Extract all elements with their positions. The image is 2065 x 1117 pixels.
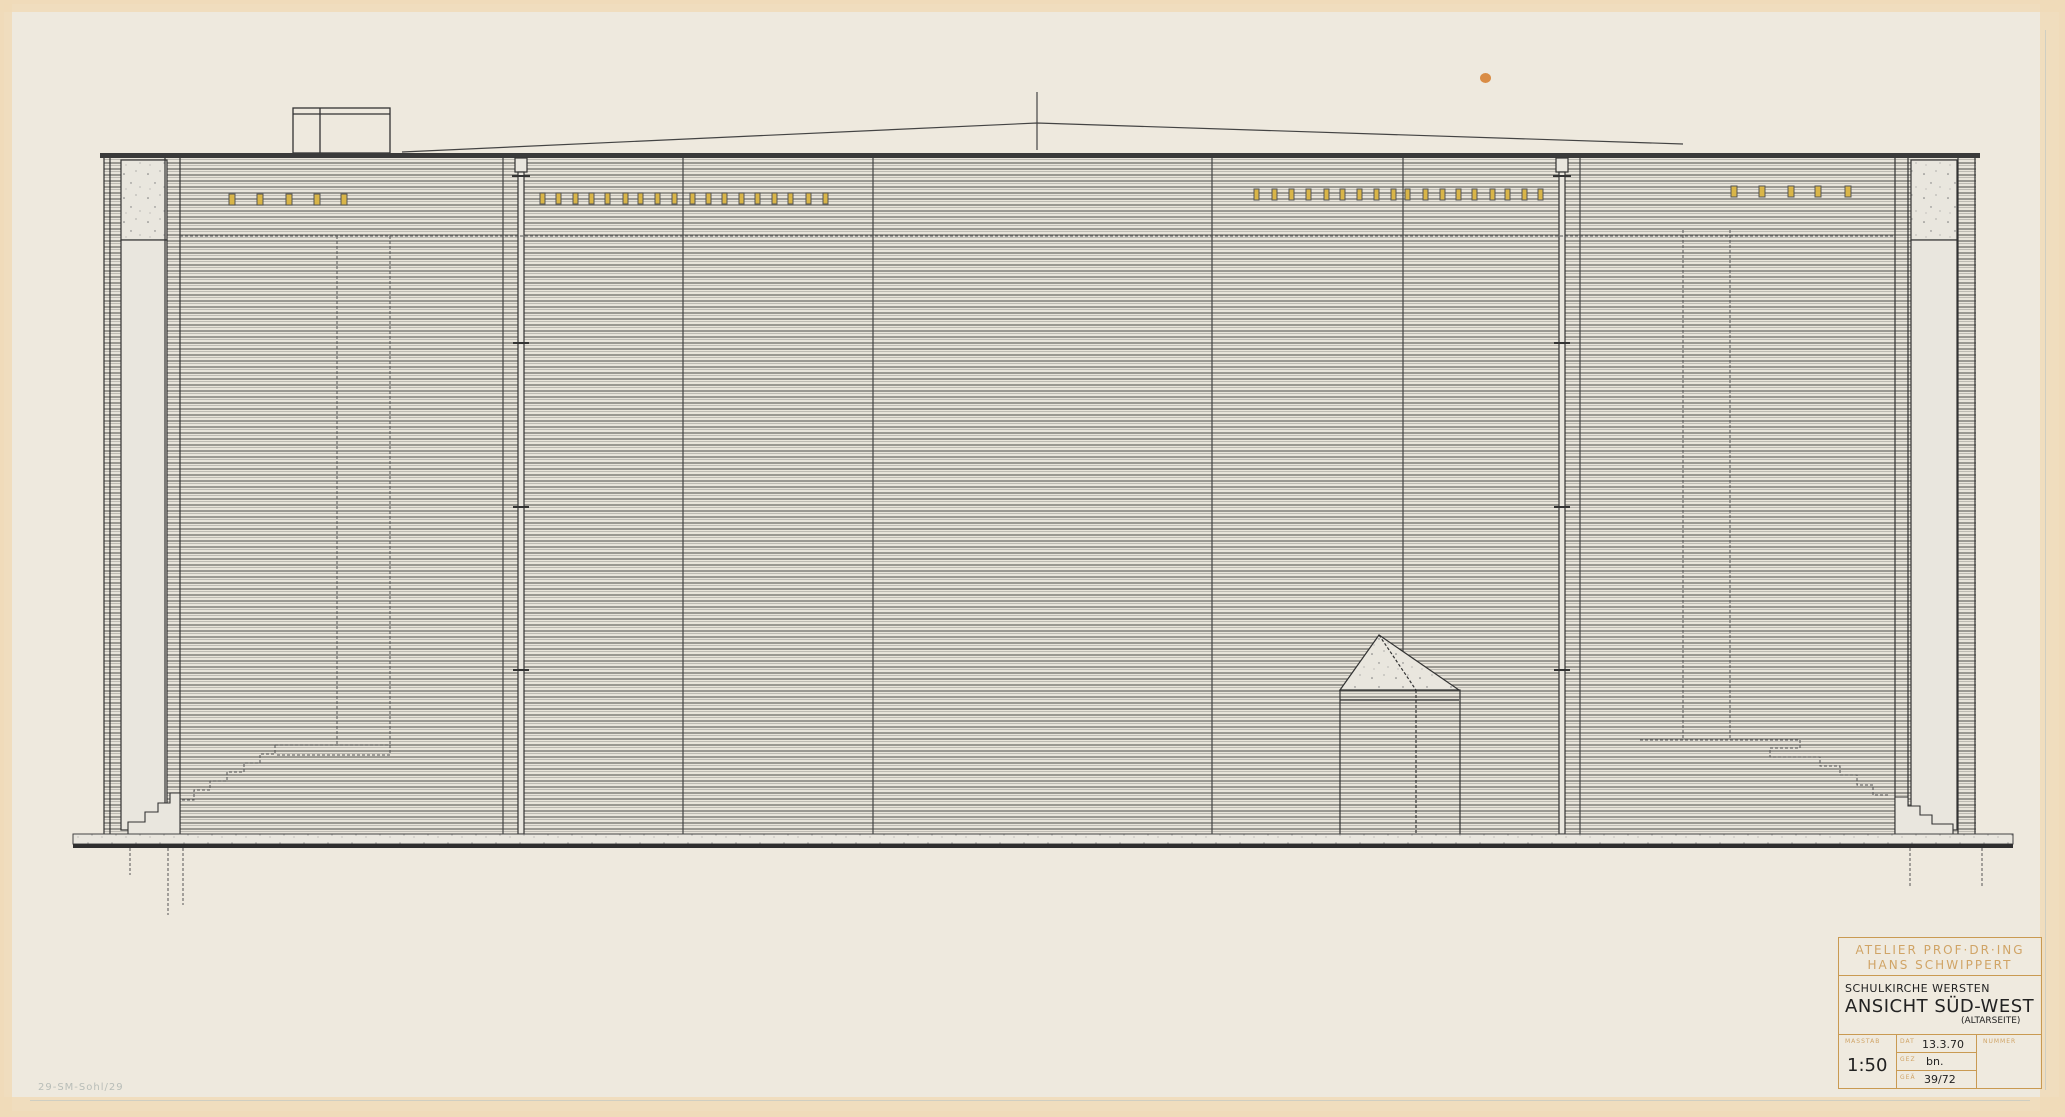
number-cell: NUMMER: [1977, 1035, 2041, 1089]
plinth: [73, 834, 2013, 844]
drawn-label: GEZ: [1900, 1056, 1916, 1063]
atelier-stamp: ATELIER PROF·DR·ING HANS SCHWIPPERT: [1839, 938, 2041, 976]
sheet-label: GEÄ: [1900, 1074, 1916, 1081]
meta-cell: DAT 13.3.70 GEZ bn. GEÄ 39/72: [1896, 1035, 1977, 1089]
view-title: ANSICHT SÜD-WEST: [1845, 996, 2034, 1017]
scale-cell: MASSTAB 1:50: [1839, 1035, 1897, 1089]
archive-mark: 29-SM-Sohl/29: [38, 1082, 124, 1093]
title-block: ATELIER PROF·DR·ING HANS SCHWIPPERT SCHU…: [1838, 937, 2042, 1089]
title-block-grid: MASSTAB 1:50 DAT 13.3.70 GEZ bn. GEÄ 39/…: [1839, 1034, 2041, 1089]
scale-label: MASSTAB: [1845, 1038, 1880, 1045]
project-name: SCHULKIRCHE WERSTEN: [1845, 982, 1990, 995]
elevation-drawing: [0, 0, 2065, 1117]
atelier-line-1: ATELIER PROF·DR·ING: [1839, 943, 2041, 958]
number-label: NUMMER: [1983, 1038, 2016, 1045]
drawn-by: bn.: [1926, 1055, 1943, 1068]
cladding: [104, 158, 1976, 834]
view-subtitle: (ALTARSEITE): [1961, 1016, 2020, 1026]
atelier-line-2: HANS SCHWIPPERT: [1839, 958, 2041, 973]
sheet-number: 39/72: [1924, 1073, 1956, 1086]
date-value: 13.3.70: [1922, 1038, 1964, 1051]
scale-value: 1:50: [1847, 1055, 1887, 1076]
ground-line: [73, 844, 2013, 848]
roof-pitch: [402, 92, 1683, 152]
roof-chimney: [293, 108, 390, 153]
date-label: DAT: [1900, 1038, 1915, 1045]
roof-slab: [100, 153, 1980, 158]
